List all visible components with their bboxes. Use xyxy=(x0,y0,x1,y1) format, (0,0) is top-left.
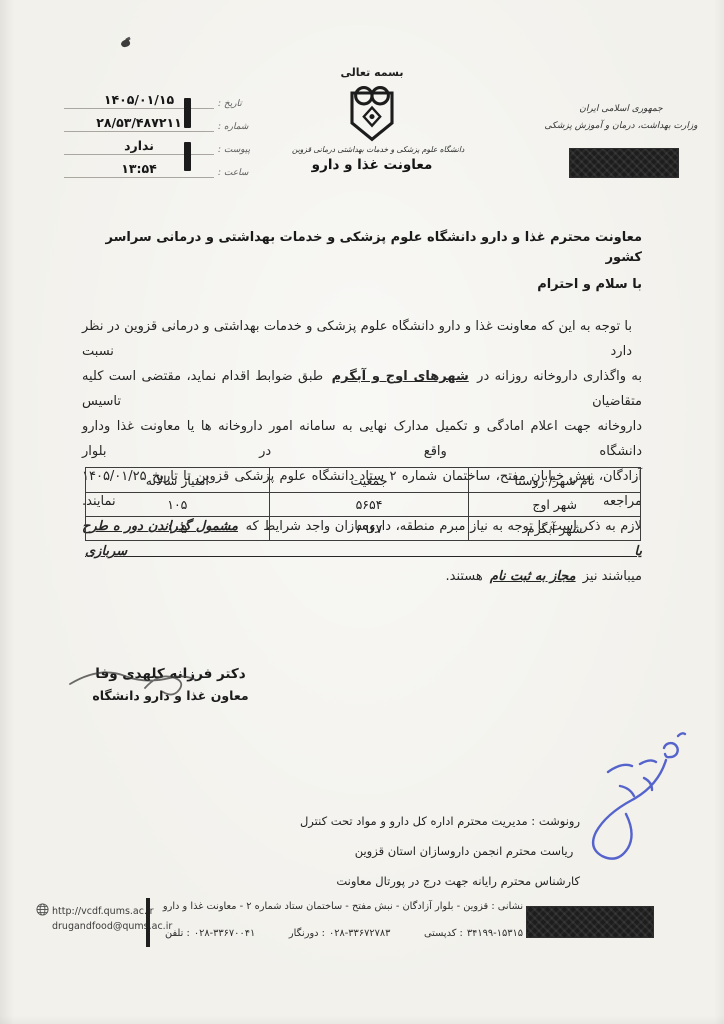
footer-divider xyxy=(146,898,150,947)
stamp-number-row: شماره : ۲۸/۵۳/۴۸۷۲۱۱ xyxy=(52,109,270,132)
footer-phone-value: ۰۲۸-۳۳۶۷۰۰۴۱ xyxy=(194,928,255,939)
cc-list: رونوشت : مدیریت محترم اداره کل دارو و مو… xyxy=(348,806,580,896)
stamp-time-value: ۱۳:۵۴ xyxy=(64,162,214,178)
stamp-number-label: شماره : xyxy=(214,122,270,132)
footer-email: drugandfood@qums.ac.ir xyxy=(52,920,172,933)
paragraph-line-6: میباشند نیز مجاز به ثبت نام هستند. xyxy=(82,564,642,589)
scanned-letter-page: { "page": { "paper_color": "#f2f1ec", "i… xyxy=(0,0,724,1024)
stamp-attachment-label: پیوست : xyxy=(214,145,270,155)
department-title: معاونت غذا و دارو xyxy=(292,157,452,173)
line2-pre: به واگذاری داروخانه روزانه در xyxy=(477,369,642,384)
letterhead-center: بسمه تعالی دانشگاه علوم پزشکی و خدمات به… xyxy=(292,66,452,173)
cell-city-2: شهر آبگرم xyxy=(469,517,641,541)
col-header-population: جمعیت xyxy=(269,468,469,493)
paragraph-line-2: به واگذاری داروخانه روزانه در شهرهای اوج… xyxy=(82,364,642,414)
col-header-score: امتیاز سالانه xyxy=(86,468,270,493)
addressee-line: معاونت محترم غذا و دارو دانشگاه علوم پزش… xyxy=(82,228,642,268)
footer-contact-line: تلفن : ۰۲۸-۳۳۶۷۰۰۴۱ دورنگار : ۰۲۸-۳۳۶۷۲۷… xyxy=(165,928,523,939)
redacted-bar-header xyxy=(570,149,678,177)
footer-website: http://vcdf.qums.ac.ir xyxy=(52,905,154,918)
cc-line-2: ریاست محترم انجمن داروسازان استان قزوین xyxy=(348,836,580,866)
salutation-line: با سلام و احترام xyxy=(82,277,642,292)
table-row: شهر آبگرم ۶۹۶۷ ۱۰۵ xyxy=(86,517,641,541)
letterhead-right: جمهوری اسلامی ایران وزارت بهداشت، درمان … xyxy=(538,104,704,131)
stamp-mark-bar-bottom xyxy=(184,142,191,171)
stamp-number-value: ۲۸/۵۳/۴۸۷۲۱۱ xyxy=(64,116,214,132)
footer-fax-value: ۰۲۸-۳۳۶۷۲۷۸۳ xyxy=(329,928,390,939)
footer-address: نشانی : قزوین - بلوار آزادگان - نبش مفتح… xyxy=(162,901,524,912)
paragraph-line-3: داروخانه جهت اعلام امادگی و تکمیل مدارک … xyxy=(82,414,642,464)
table-row: شهر اوج ۵۶۵۴ ۱۰۵ xyxy=(86,493,641,517)
table-header-row: نام شهر/ روستا جمعیت امتیاز سالانه xyxy=(86,468,641,493)
stamp-date-label: تاریخ : xyxy=(214,99,270,109)
city-score-table: نام شهر/ روستا جمعیت امتیاز سالانه شهر ا… xyxy=(85,467,641,541)
stamp-time-row: ساعت : ۱۳:۵۴ xyxy=(52,155,270,178)
cell-population-2: ۶۹۶۷ xyxy=(269,517,469,541)
bismillah-text: بسمه تعالی xyxy=(292,66,452,79)
footer-phone-group: تلفن : ۰۲۸-۳۳۶۷۰۰۴۱ xyxy=(165,928,255,939)
line6-pre: میباشند نیز xyxy=(583,569,642,584)
university-logo-icon xyxy=(344,83,400,143)
stamp-time-label: ساعت : xyxy=(214,168,270,178)
stamp-attachment-value: ندارد xyxy=(64,139,214,155)
signer-title: معاون غذا و دارو دانشگاه xyxy=(58,688,283,703)
footer-web-block: http://vcdf.qums.ac.ir drugandfood@qums.… xyxy=(36,903,160,933)
line6-register-emphasis: مجاز به ثبت نام xyxy=(487,569,579,584)
stamp-attachment-row: پیوست : ندارد xyxy=(52,132,270,155)
cc-line-1: رونوشت : مدیریت محترم اداره کل دارو و مو… xyxy=(348,806,580,836)
cell-score-1: ۱۰۵ xyxy=(86,493,270,517)
signer-name: دکتر فرزانه کلهدی وفا xyxy=(58,666,283,682)
footer-postal-value: ۳۴۱۹۹-۱۵۳۱۵ xyxy=(467,928,523,939)
scan-artifact-speck xyxy=(120,38,131,48)
globe-icon xyxy=(36,903,49,920)
col-header-city: نام شهر/ روستا xyxy=(469,468,641,493)
redacted-bar-footer xyxy=(527,907,653,937)
cell-score-2: ۱۰۵ xyxy=(86,517,270,541)
line2-cities-emphasis: شهرهای اوج و آبگرم xyxy=(329,369,472,384)
paragraph-line-1: با توجه به این که معاونت غذا و دارو دانش… xyxy=(82,314,642,364)
cell-city-1: شهر اوج xyxy=(469,493,641,517)
registry-stamp: تاریخ : ۱۴۰۵/۰۱/۱۵ شماره : ۲۸/۵۳/۴۸۷۲۱۱ … xyxy=(52,86,270,178)
line6-post: هستند. xyxy=(445,569,482,584)
cell-population-1: ۵۶۵۴ xyxy=(269,493,469,517)
stamp-mark-bar-top xyxy=(184,98,191,128)
signature-block: دکتر فرزانه کلهدی وفا معاون غذا و دارو د… xyxy=(58,666,283,703)
cc-line-3: کارشناس محترم رایانه جهت درج در پورتال م… xyxy=(348,866,580,896)
stamp-date-value: ۱۴۰۵/۰۱/۱۵ xyxy=(64,93,214,109)
university-name-calligraphy: دانشگاه علوم پزشکی و خدمات بهداشتی درمان… xyxy=(292,145,452,154)
footer-postal-group: کدپستی : ۳۴۱۹۹-۱۵۳۱۵ xyxy=(424,928,523,939)
footer-fax-label: دورنگار : xyxy=(289,928,325,939)
footer-postal-label: کدپستی : xyxy=(424,928,463,939)
stamp-date-row: تاریخ : ۱۴۰۵/۰۱/۱۵ xyxy=(52,86,270,109)
footer-fax-group: دورنگار : ۰۲۸-۳۳۶۷۲۷۸۳ xyxy=(289,928,391,939)
letter-paragraph: با توجه به این که معاونت غذا و دارو دانش… xyxy=(82,314,642,589)
footer-phone-label: تلفن : xyxy=(165,928,190,939)
republic-line: جمهوری اسلامی ایران xyxy=(538,104,704,114)
ministry-line: وزارت بهداشت، درمان و آموزش پزشکی xyxy=(538,121,704,131)
